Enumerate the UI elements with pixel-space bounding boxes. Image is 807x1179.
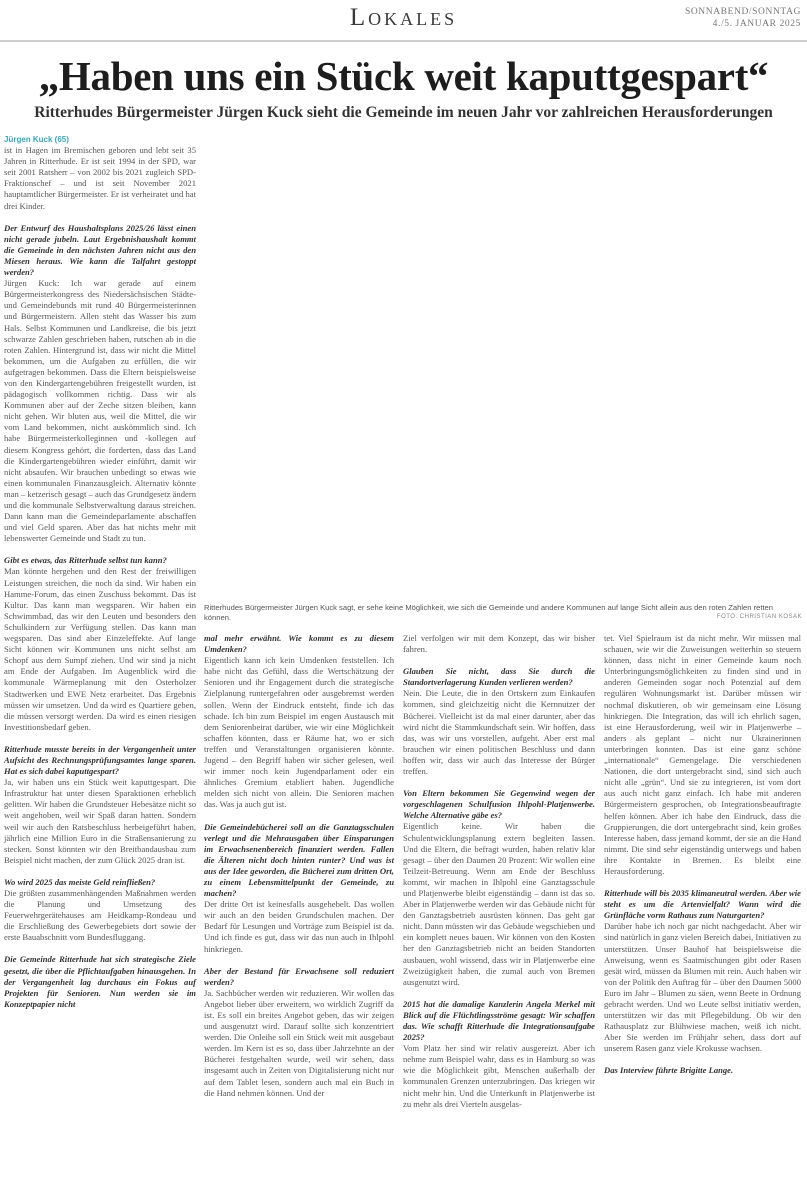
issue-date: 4./5. JANUAR 2025 (685, 18, 801, 30)
bio-name: Jürgen Kuck (65) (4, 135, 69, 144)
interview-question: Ritterhude musste bereits in der Vergang… (4, 744, 196, 777)
interview-answer: Ja, wir haben uns ein Stück weit kaputtg… (4, 777, 196, 865)
qa-block: Wo wird 2025 das meiste Geld reinfließen… (4, 877, 196, 944)
article-column-1: Jürgen Kuck (65) ist in Hagen im Bremisc… (4, 134, 196, 1021)
interview-answer: Eigentlich kann ich kein Umdenken festst… (204, 655, 394, 809)
interview-answer: Eigentlich keine. Wir haben die Schulent… (403, 821, 595, 986)
qa-block: mal mehr erwähnt. Wie kommt es zu diesem… (204, 633, 394, 811)
interview-answer: Man könnte hergehen und den Rest der fre… (4, 566, 196, 731)
interview-answer: Der dritte Ort ist keinesfalls ausgehebe… (204, 899, 394, 953)
interview-question: Aber der Bestand für Erwachsene soll red… (204, 966, 394, 988)
article-column-4: tet. Viel Spielraum ist da nicht mehr. W… (604, 633, 801, 1088)
photo-caption: Ritterhudes Bürgermeister Jürgen Kuck sa… (204, 603, 802, 623)
interview-question: mal mehr erwähnt. Wie kommt es zu diesem… (204, 633, 394, 655)
interview-question: Der Entwurf des Haushaltsplans 2025/26 l… (4, 223, 196, 278)
interview-answer: tet. Viel Spielraum ist da nicht mehr. W… (604, 633, 801, 876)
interview-question: Von Eltern bekommen Sie Gegenwind wegen … (403, 788, 595, 821)
interview-answer: Die größten zusammenhängenden Maßnahmen … (4, 888, 196, 942)
bio-text: ist in Hagen im Bremischen geboren und l… (4, 145, 196, 210)
issue-day: SONNABEND/SONNTAG (685, 6, 801, 18)
qa-block: Die Gemeinde Ritterhude hat sich strateg… (4, 954, 196, 1009)
interview-question: Die Gemeinde Ritterhude hat sich strateg… (4, 954, 196, 1009)
qa-block: tet. Viel Spielraum ist da nicht mehr. W… (604, 633, 801, 877)
article-column-2: mal mehr erwähnt. Wie kommt es zu diesem… (204, 633, 394, 1110)
qa-block: Ritterhude will bis 2035 klimaneutral we… (604, 888, 801, 1054)
interview-question: 2015 hat die damalige Kanzlerin Angela M… (403, 999, 595, 1043)
qa-block: Aber der Bestand für Erwachsene soll red… (204, 966, 394, 1099)
article-column-3: Ziel verfolgen wir mit dem Konzept, das … (403, 633, 595, 1121)
article-photo (204, 134, 802, 600)
interview-question: Gibt es etwas, das Ritterhude selbst tun… (4, 555, 196, 566)
interview-question: Die Gemeindebücherei soll an die Ganztag… (204, 822, 394, 900)
dateline: SONNABEND/SONNTAG 4./5. JANUAR 2025 (685, 6, 801, 30)
photo-credit: FOTO: CHRISTIAN KOSAK (717, 614, 802, 620)
bio-box: Jürgen Kuck (65) ist in Hagen im Bremisc… (4, 134, 196, 212)
interview-answer: Jürgen Kuck: Ich war gerade auf einem Bü… (4, 278, 196, 543)
interview-question: Wo wird 2025 das meiste Geld reinfließen… (4, 877, 196, 888)
interviewer-byline: Das Interview führte Brigitte Lange. (604, 1065, 801, 1076)
qa-block: 2015 hat die damalige Kanzlerin Angela M… (403, 999, 595, 1110)
article-headline: „Haben uns ein Stück weit kaputtgespart“ (0, 52, 807, 100)
qa-block: Ritterhude musste bereits in der Vergang… (4, 744, 196, 866)
interview-answer: Darüber habe ich noch gar nicht nachgeda… (604, 921, 801, 1053)
interview-answer: Nein. Die Leute, die in den Ortskern zum… (403, 688, 595, 776)
interview-answer: Ziel verfolgen wir mit dem Konzept, das … (403, 633, 595, 654)
qa-block: Die Gemeindebücherei soll an die Ganztag… (204, 822, 394, 955)
interview-question: Glauben Sie nicht, dass Sie durch die St… (403, 666, 595, 688)
interview-answer: Vom Platz her sind wir relativ ausgereiz… (403, 1043, 595, 1108)
interview-question: Ritterhude will bis 2035 klimaneutral we… (604, 888, 801, 921)
page-header: Lokales SONNABEND/SONNTAG 4./5. JANUAR 2… (0, 0, 807, 42)
article-subheadline: Ritterhudes Bürgermeister Jürgen Kuck si… (0, 104, 807, 122)
qa-block: Der Entwurf des Haushaltsplans 2025/26 l… (4, 223, 196, 545)
qa-block: Gibt es etwas, das Ritterhude selbst tun… (4, 555, 196, 733)
interview-answer: Ja. Sachbücher werden wir reduzieren. Wi… (204, 988, 394, 1098)
qa-block: Von Eltern bekommen Sie Gegenwind wegen … (403, 788, 595, 988)
qa-block: Glauben Sie nicht, dass Sie durch die St… (403, 666, 595, 777)
qa-block: Ziel verfolgen wir mit dem Konzept, das … (403, 633, 595, 655)
